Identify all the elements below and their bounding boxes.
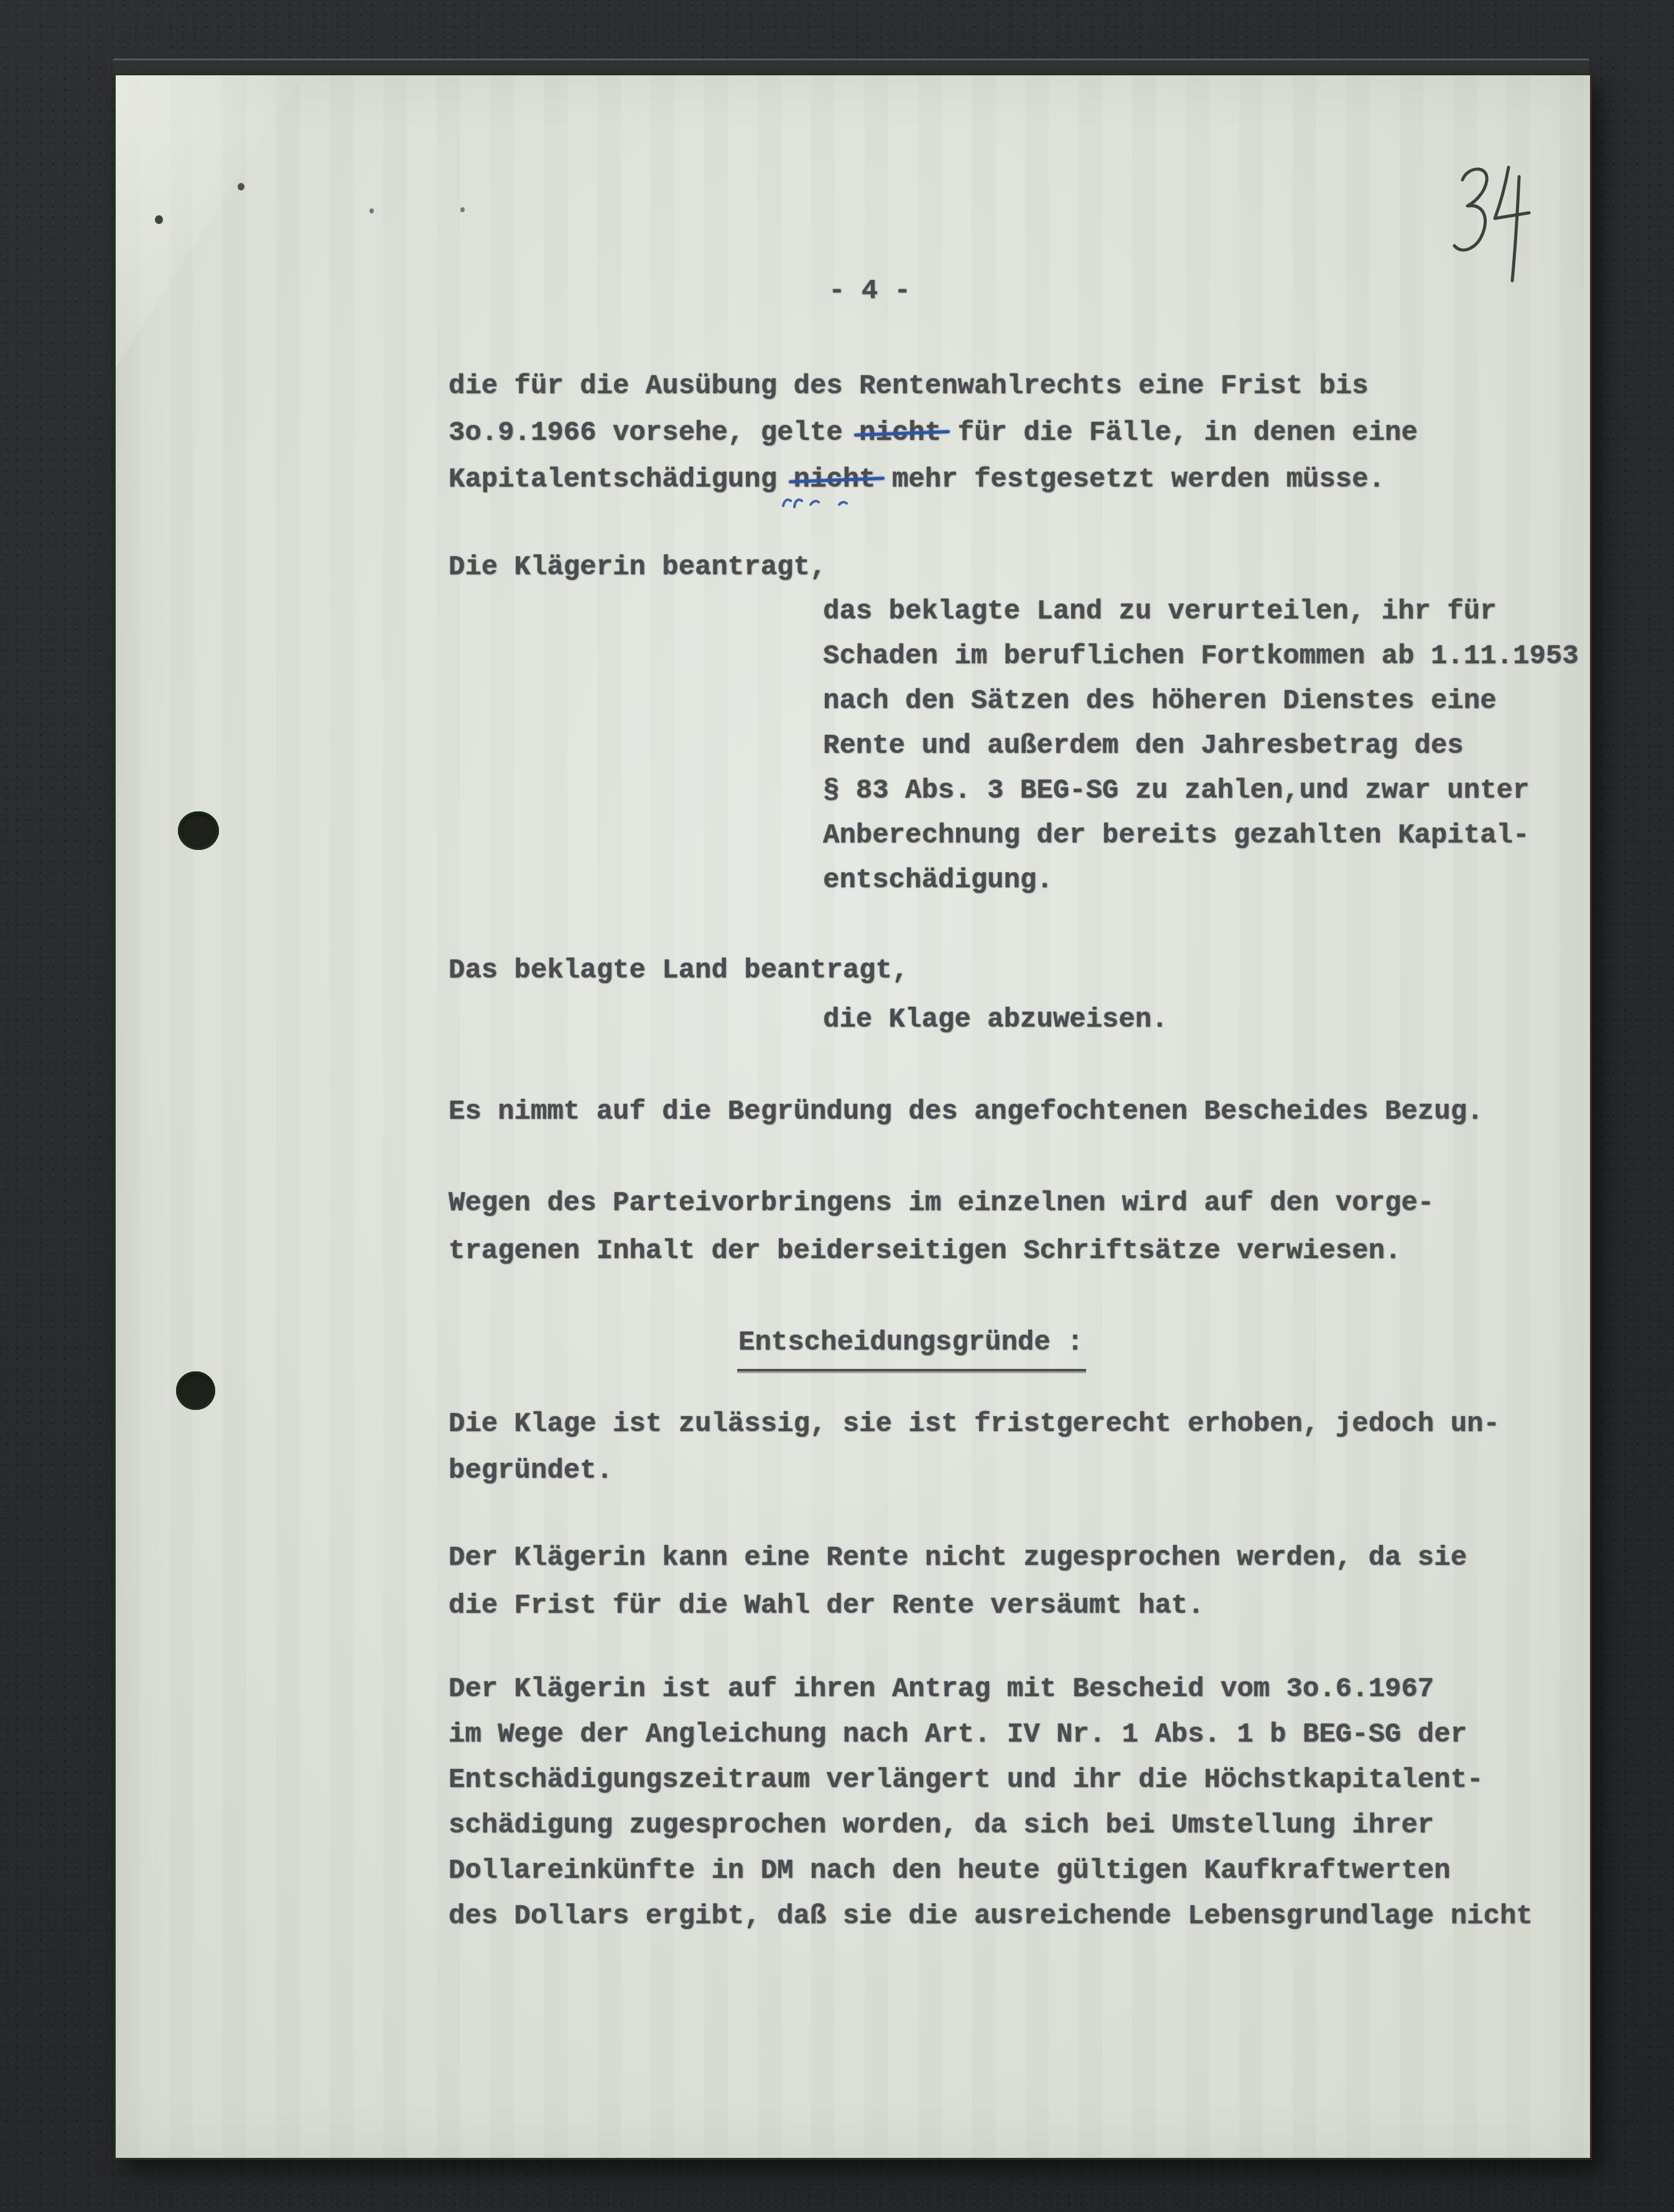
typed-line: Anberechnung der bereits gezahlten Kapit…	[823, 813, 1579, 858]
typed-line: tragenen Inhalt der beiderseitigen Schri…	[449, 1228, 1434, 1276]
text-segment: 3o.9.1966 vorsehe, gelte	[449, 418, 859, 449]
typed-line: schädigung zugesprochen worden, da sich …	[449, 1803, 1533, 1849]
typed-line: die für die Ausübung des Rentenwahlrecht…	[449, 363, 1418, 410]
text-segment: mehr festgesetzt werden müsse.	[876, 464, 1385, 495]
typed-line: nach den Sätzen des höheren Dienstes ein…	[823, 679, 1579, 724]
scan-background: { "colors": { "background": "#28292b", "…	[0, 0, 1674, 2212]
typed-line: - 4 -	[829, 268, 911, 315]
typed-line: im Wege der Angleichung nach Art. IV Nr.…	[449, 1712, 1533, 1758]
typed-line: entschädigung.	[823, 858, 1579, 903]
decision-grounds-heading: Entscheidungsgründe :	[737, 1320, 1086, 1371]
reference-sentence: Es nimmt auf die Begründung des angefoch…	[449, 1089, 1483, 1136]
typed-line: Die Klage ist zulässig, sie ist fristger…	[449, 1401, 1500, 1448]
missed-deadline-paragraph: Der Klägerin kann eine Rente nicht zuges…	[449, 1534, 1467, 1630]
binder-edge-shadow	[113, 58, 1589, 75]
typed-line: Dollareinkünfte in DM nach den heute gül…	[449, 1849, 1533, 1894]
typed-line: begründet.	[449, 1448, 1500, 1495]
typed-line: des Dollars ergibt, daß sie die ausreich…	[449, 1894, 1533, 1939]
typed-line: die Klage abzuweisen.	[823, 997, 1168, 1043]
admissibility-paragraph: Die Klage ist zulässig, sie ist fristger…	[449, 1401, 1500, 1495]
page-number: - 4 -	[829, 268, 911, 315]
typed-text-layer: - 4 - die für die Ausübung des Rentenwah…	[116, 75, 1590, 2158]
typed-line: Die Klägerin beantragt,	[449, 544, 826, 591]
decision-reasoning-paragraph: Der Klägerin ist auf ihren Antrag mit Be…	[449, 1667, 1533, 1939]
blue-ink-initials-mark	[778, 490, 865, 515]
plaintiff-petition-block: das beklagte Land zu verurteilen, ihr fü…	[823, 589, 1579, 903]
typed-line: Wegen des Parteivorbringens im einzelnen…	[449, 1180, 1434, 1228]
pleadings-reference-paragraph: Wegen des Parteivorbringens im einzelnen…	[449, 1180, 1434, 1276]
struck-word: nicht	[859, 418, 941, 449]
heading-text: Entscheidungsgründe :	[737, 1320, 1086, 1371]
typed-line: Der Klägerin ist auf ihren Antrag mit Be…	[449, 1667, 1533, 1712]
typed-line: Kapitalentschädigung nicht mehr festgese…	[449, 457, 1418, 503]
document-page: - 4 - die für die Ausübung des Rentenwah…	[114, 73, 1592, 2160]
typed-line: 3o.9.1966 vorsehe, gelte nicht für die F…	[449, 410, 1418, 457]
typed-line: Der Klägerin kann eine Rente nicht zuges…	[449, 1534, 1467, 1582]
plaintiff-motion-intro: Die Klägerin beantragt,	[449, 544, 826, 591]
typed-line: Rente und außerdem den Jahresbetrag des	[823, 724, 1579, 768]
typed-line: Entschädigungszeitraum verlängert und ih…	[449, 1758, 1533, 1803]
text-segment: Kapitalentschädigung	[449, 464, 794, 495]
typed-line: Schaden im beruflichen Fortkommen ab 1.1…	[823, 634, 1579, 679]
typed-line: Es nimmt auf die Begründung des angefoch…	[449, 1089, 1483, 1136]
typed-line: Das beklagte Land beantragt,	[449, 948, 908, 994]
typed-line: § 83 Abs. 3 BEG-SG zu zahlen,und zwar un…	[823, 768, 1579, 813]
plaintiff-argument-paragraph: die für die Ausübung des Rentenwahlrecht…	[449, 363, 1418, 503]
defendant-petition-line: die Klage abzuweisen.	[823, 997, 1168, 1043]
defendant-motion-intro: Das beklagte Land beantragt,	[449, 948, 908, 994]
typed-line: das beklagte Land zu verurteilen, ihr fü…	[823, 589, 1579, 634]
text-segment: für die Fälle, in denen eine	[941, 418, 1418, 449]
typed-line: die Frist für die Wahl der Rente versäum…	[449, 1582, 1467, 1630]
